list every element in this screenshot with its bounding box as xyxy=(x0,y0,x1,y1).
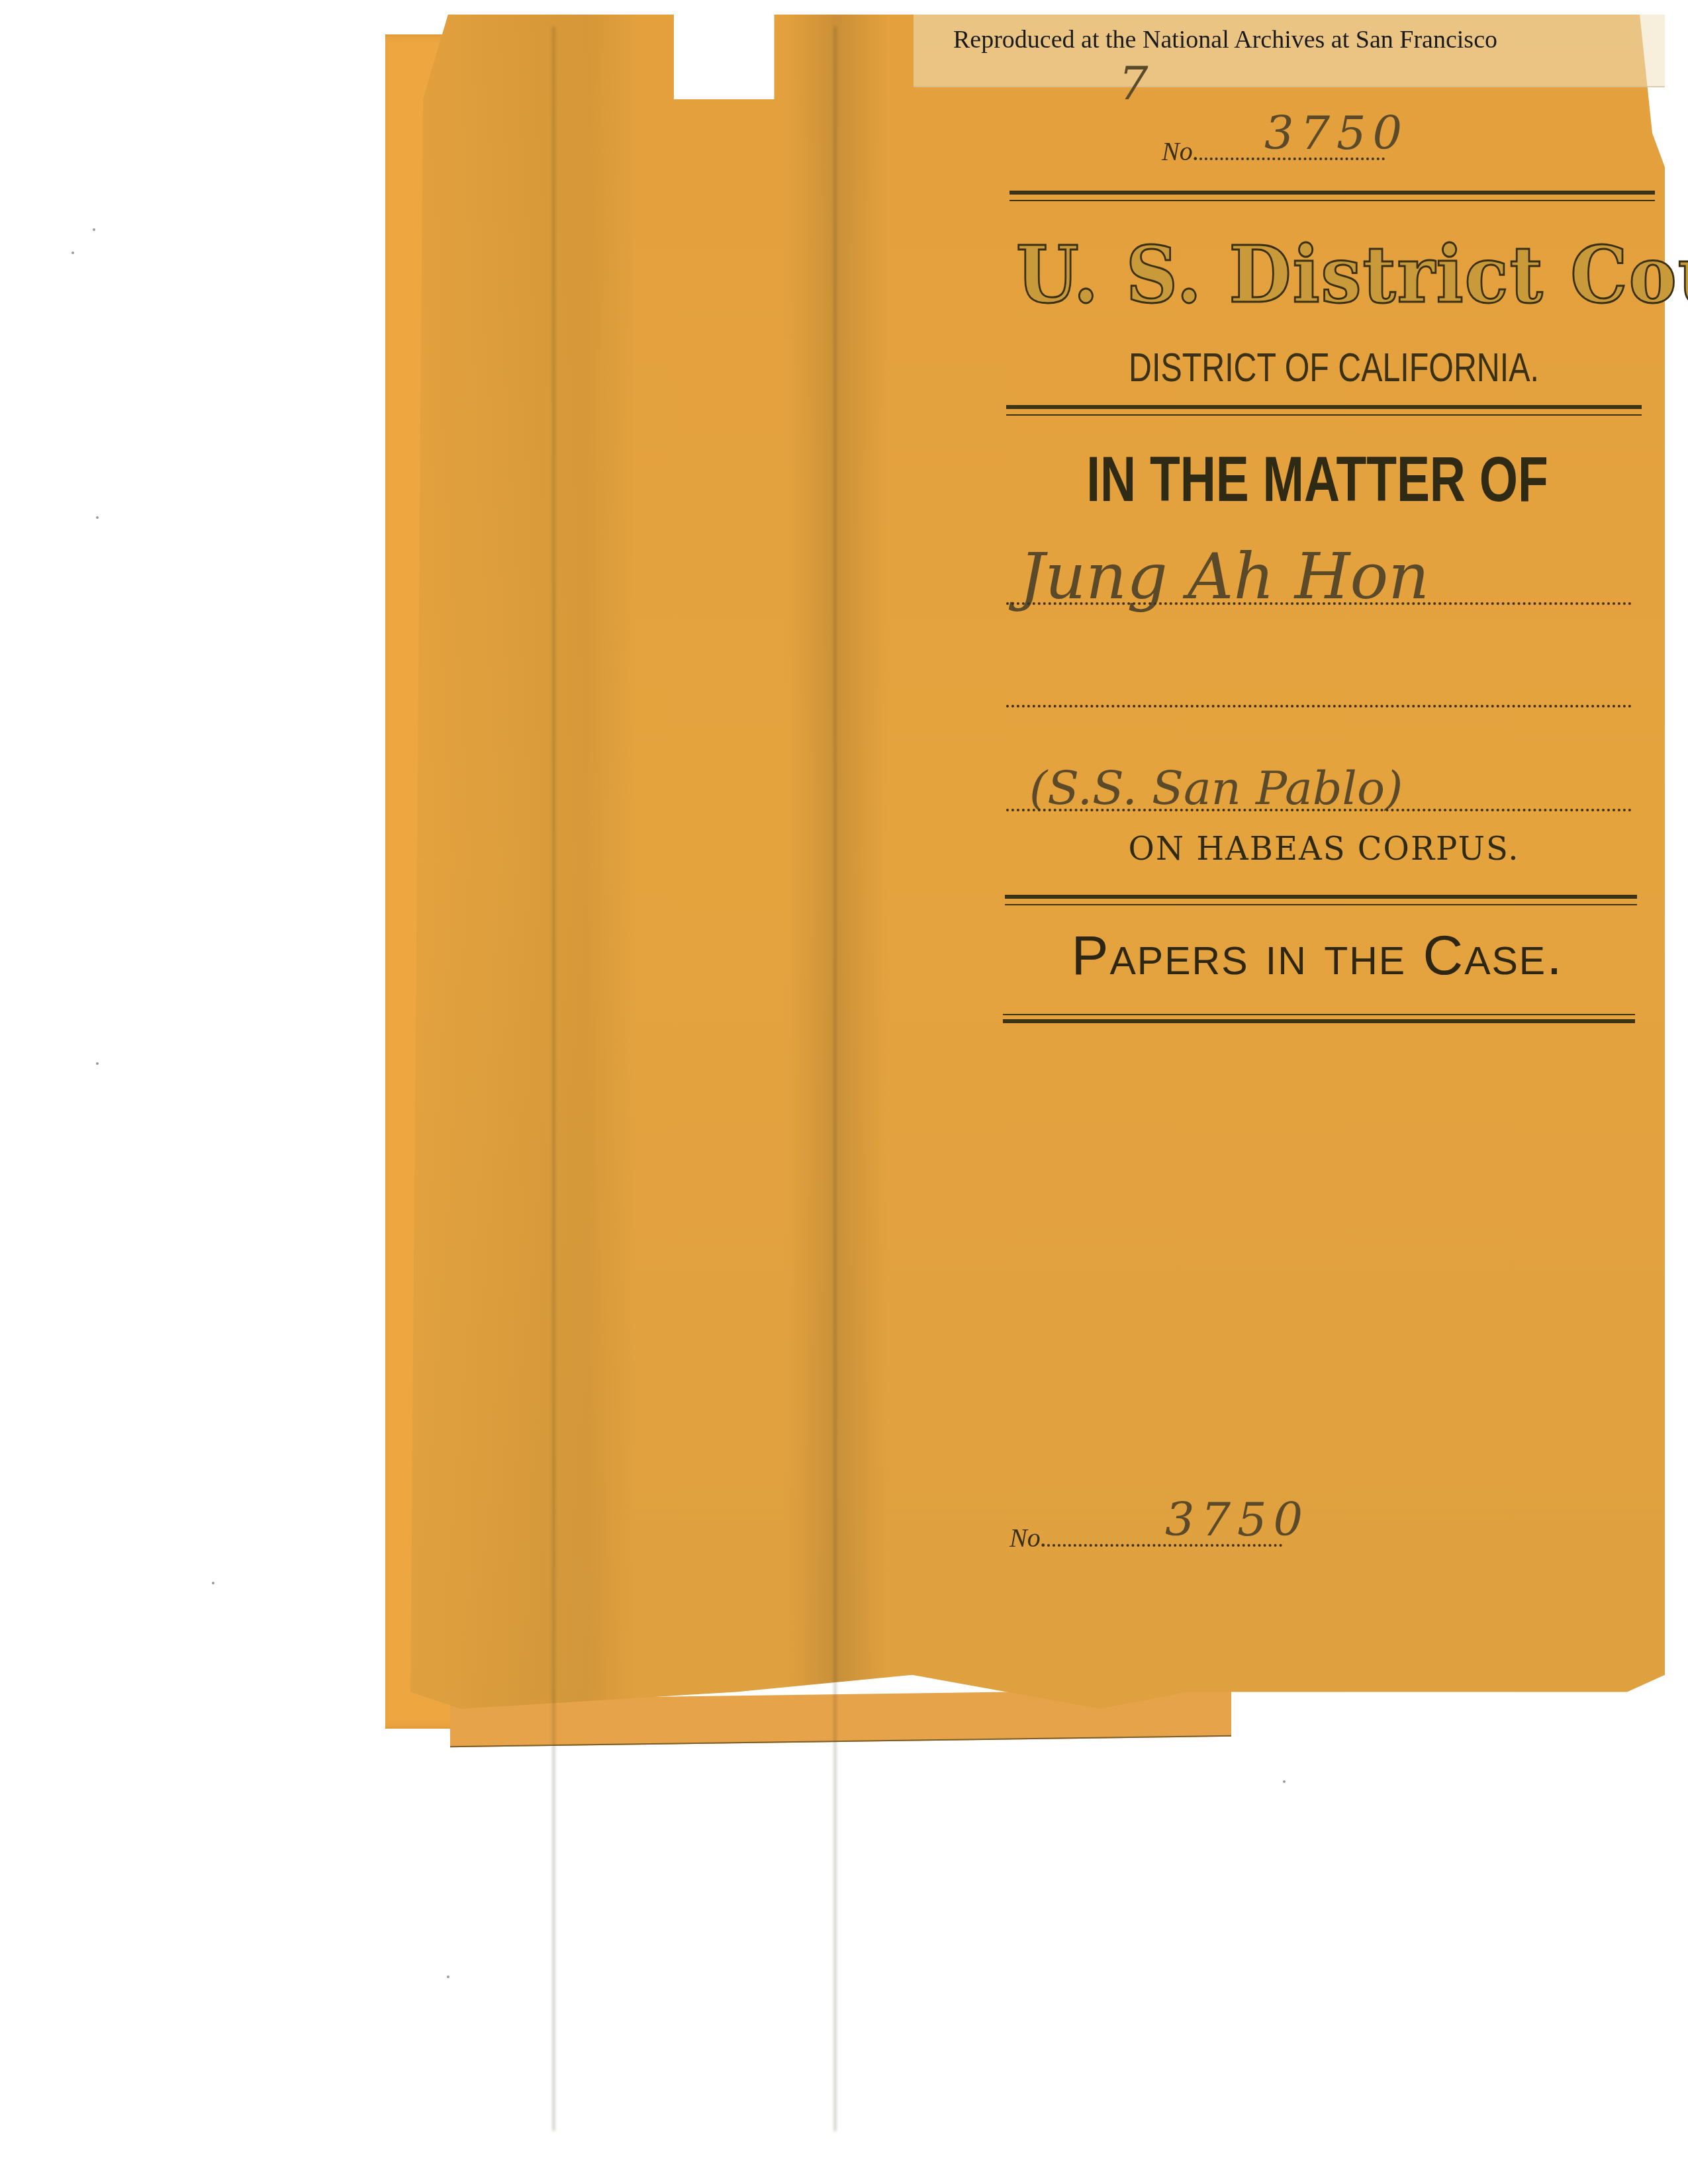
scan-speck xyxy=(212,1582,214,1584)
papers-heading: Papers in the Case. xyxy=(1003,923,1632,987)
district-heading: DISTRICT OF CALIFORNIA. xyxy=(1107,344,1561,391)
bottom-case-number-value: 3750 xyxy=(1165,1492,1309,1547)
number-label: No. xyxy=(1009,1522,1047,1553)
pencil-mark: 7 xyxy=(1119,56,1149,111)
court-title: U. S. District Court, xyxy=(1016,228,1583,320)
scan-speck xyxy=(93,228,95,231)
number-label: No. xyxy=(1162,136,1199,167)
dotted-line xyxy=(1006,809,1632,811)
scan-speck xyxy=(1283,1780,1286,1783)
scan-speck xyxy=(447,1976,449,1978)
scan-speck xyxy=(96,516,99,519)
matter-heading: IN THE MATTER OF xyxy=(1085,443,1550,516)
scan-speck xyxy=(96,1062,99,1065)
fold-crease xyxy=(553,26,555,2131)
scan-speck xyxy=(71,251,74,254)
top-case-number-value: 3750 xyxy=(1264,106,1409,160)
fold-crease xyxy=(834,26,836,2131)
rule xyxy=(1005,895,1637,907)
vessel-name: (S.S. San Pablo) xyxy=(1029,761,1403,815)
archive-stamp: Reproduced at the National Archives at S… xyxy=(953,25,1655,54)
dotted-line xyxy=(1006,705,1632,707)
proceeding-type: ON HABEAS CORPUS. xyxy=(1033,831,1615,868)
dotted-line xyxy=(1006,602,1632,605)
rule xyxy=(1003,1014,1635,1023)
rule xyxy=(1009,191,1655,203)
rule xyxy=(1006,405,1642,417)
